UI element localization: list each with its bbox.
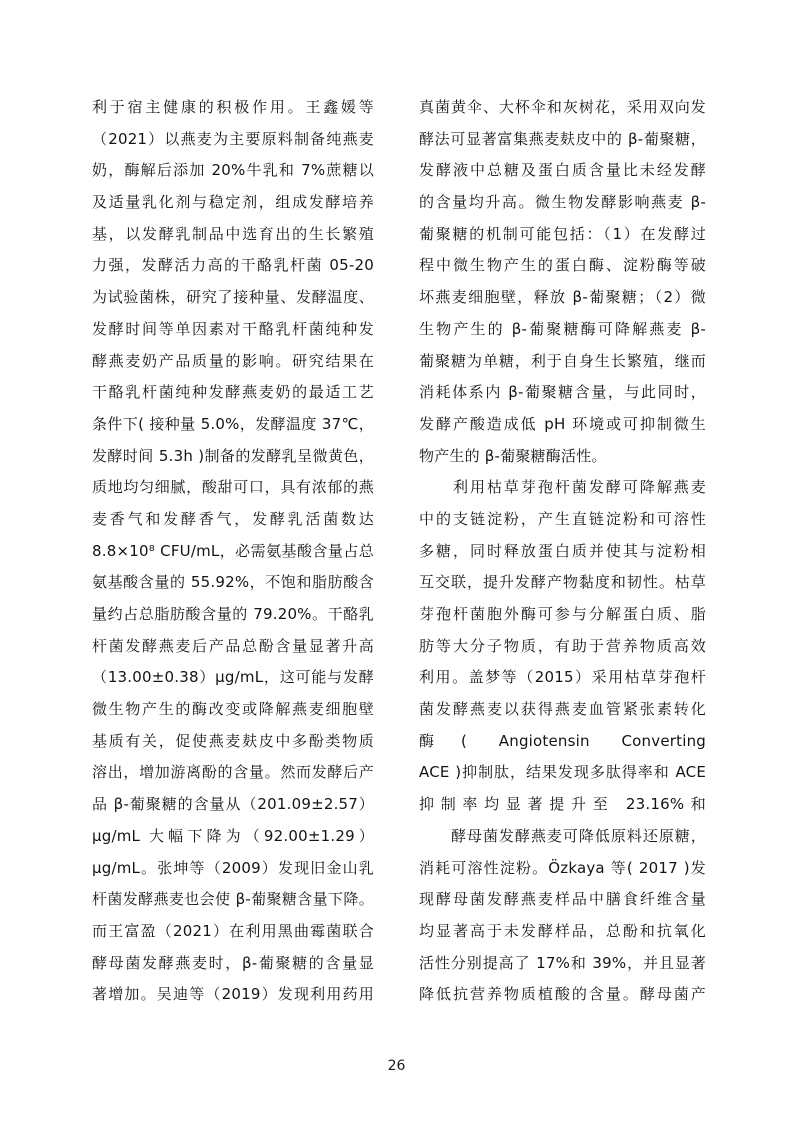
- text-line: 杆菌发酵燕麦后产品总酚含量显著升高: [92, 631, 374, 663]
- text-line: 干酪乳杆菌纯种发酵燕麦奶的最适工艺: [92, 377, 374, 409]
- text-line: μg/mL 大幅下降为（92.00±1.29）: [92, 821, 374, 853]
- text-line: 8.8×10⁸ CFU/mL，必需氨基酸含量占总: [92, 536, 374, 568]
- text-line: 酵母菌发酵燕麦时，β-葡聚糖的含量显: [92, 948, 374, 980]
- text-line: 发酵液中总糖及蛋白质含量比未经发酵: [419, 155, 706, 187]
- text-column-left: 利于宿主健康的积极作用。王鑫媛等（2021）以燕麦为主要原料制备纯燕麦奶，酶解后…: [92, 92, 374, 1011]
- text-line: 抑制率均显著提升至 23.16%和 60.26%。: [419, 789, 706, 821]
- text-line: 酵母菌发酵燕麦可降低原料还原糖，: [419, 821, 706, 853]
- text-line: 质地均匀细腻，酸甜可口，具有浓郁的燕: [92, 472, 374, 504]
- text-line: 麦香气和发酵香气，发酵乳活菌数达: [92, 504, 374, 536]
- text-line: 消耗可溶性淀粉。Özkaya 等( 2017 )发: [419, 853, 706, 885]
- text-line: 生物产生的 β-葡聚糖酶可降解燕麦 β-: [419, 314, 706, 346]
- document-page: 利于宿主健康的积极作用。王鑫媛等（2021）以燕麦为主要原料制备纯燕麦奶，酶解后…: [0, 0, 793, 1122]
- text-line: 酵法可显著富集燕麦麸皮中的 β-葡聚糖，: [419, 124, 706, 156]
- text-line: 消耗体系内 β-葡聚糖含量，与此同时，: [419, 377, 706, 409]
- text-line: 杆菌发酵燕麦也会使 β-葡聚糖含量下降。: [92, 884, 374, 916]
- text-line: 程中微生物产生的蛋白酶、淀粉酶等破: [419, 250, 706, 282]
- text-line: 利用。盖梦等（2015）采用枯草芽孢杆: [419, 662, 706, 694]
- text-column-right: 真菌黄伞、大杯伞和灰树花，采用双向发酵法可显著富集燕麦麸皮中的 β-葡聚糖，发酵…: [419, 92, 706, 1011]
- text-line: 溶出，增加游离酚的含量。然而发酵后产: [92, 757, 374, 789]
- text-line: 而王富盈（2021）在利用黑曲霉菌联合: [92, 916, 374, 948]
- text-line: 菌发酵燕麦以获得燕麦血管紧张素转化: [419, 694, 706, 726]
- text-line: 均显著高于未发酵样品，总酚和抗氧化: [419, 916, 706, 948]
- text-line: 为试验菌株，研究了接种量、发酵温度、: [92, 282, 374, 314]
- text-line: 奶，酶解后添加 20%牛乳和 7%蔗糖以: [92, 155, 374, 187]
- text-line: ACE )抑制肽，结果发现多肽得率和 ACE: [419, 757, 706, 789]
- page-number: 26: [0, 1057, 793, 1075]
- text-line: 物产生的 β-葡聚糖酶活性。: [419, 441, 706, 473]
- text-line: 利于宿主健康的积极作用。王鑫媛等: [92, 92, 374, 124]
- text-line: 条件下( 接种量 5.0%，发酵温度 37℃，: [92, 409, 374, 441]
- text-line: 葡聚糖为单糖，利于自身生长繁殖，继而: [419, 346, 706, 378]
- text-line: 中的支链淀粉，产生直链淀粉和可溶性: [419, 504, 706, 536]
- text-line: 品 β-葡聚糖的含量从（201.09±2.57）: [92, 789, 374, 821]
- text-line: 微生物产生的酶改变或降解燕麦细胞壁: [92, 694, 374, 726]
- text-line: 互交联，提升发酵产物黏度和韧性。枯草: [419, 567, 706, 599]
- text-line: 氨基酸含量的 55.92%，不饱和脂肪酸含: [92, 567, 374, 599]
- text-line: 利用枯草芽孢杆菌发酵可降解燕麦: [419, 472, 706, 504]
- text-line: 降低抗营养物质植酸的含量。酵母菌产: [419, 979, 706, 1011]
- text-line: 酶( Angiotensin Converting Enzyme，: [419, 726, 706, 758]
- text-line: μg/mL。张坤等（2009）发现旧金山乳: [92, 853, 374, 885]
- text-line: 基质有关，促使燕麦麸皮中多酚类物质: [92, 726, 374, 758]
- text-line: 肪等大分子物质，有助于营养物质高效: [419, 631, 706, 663]
- text-line: 酵燕麦奶产品质量的影响。研究结果在: [92, 346, 374, 378]
- text-line: （13.00±0.38）μg/mL，这可能与发酵: [92, 662, 374, 694]
- text-line: 发酵产酸造成低 pH 环境或可抑制微生: [419, 409, 706, 441]
- text-line: 量约占总脂肪酸含量的 79.20%。干酪乳: [92, 599, 374, 631]
- text-line: 多糖，同时释放蛋白质并使其与淀粉相: [419, 536, 706, 568]
- text-line: 的含量均升高。微生物发酵影响燕麦 β-: [419, 187, 706, 219]
- text-line: 及适量乳化剂与稳定剂，组成发酵培养: [92, 187, 374, 219]
- text-line: 芽孢杆菌胞外酶可参与分解蛋白质、脂: [419, 599, 706, 631]
- text-line: 发酵时间 5.3h )制备的发酵乳呈微黄色，: [92, 441, 374, 473]
- text-line: 葡聚糖的机制可能包括：（1）在发酵过: [419, 219, 706, 251]
- text-line: （2021）以燕麦为主要原料制备纯燕麦: [92, 124, 374, 156]
- text-line: 坏燕麦细胞壁，释放 β-葡聚糖；（2）微: [419, 282, 706, 314]
- text-line: 著增加。吴迪等（2019）发现利用药用: [92, 979, 374, 1011]
- text-line: 发酵时间等单因素对干酪乳杆菌纯种发: [92, 314, 374, 346]
- text-line: 现酵母菌发酵燕麦样品中膳食纤维含量: [419, 884, 706, 916]
- text-line: 力强，发酵活力高的干酪乳杆菌 05-20: [92, 250, 374, 282]
- text-line: 基，以发酵乳制品中选育出的生长繁殖: [92, 219, 374, 251]
- text-line: 真菌黄伞、大杯伞和灰树花，采用双向发: [419, 92, 706, 124]
- text-line: 活性分别提高了 17%和 39%，并且显著: [419, 948, 706, 980]
